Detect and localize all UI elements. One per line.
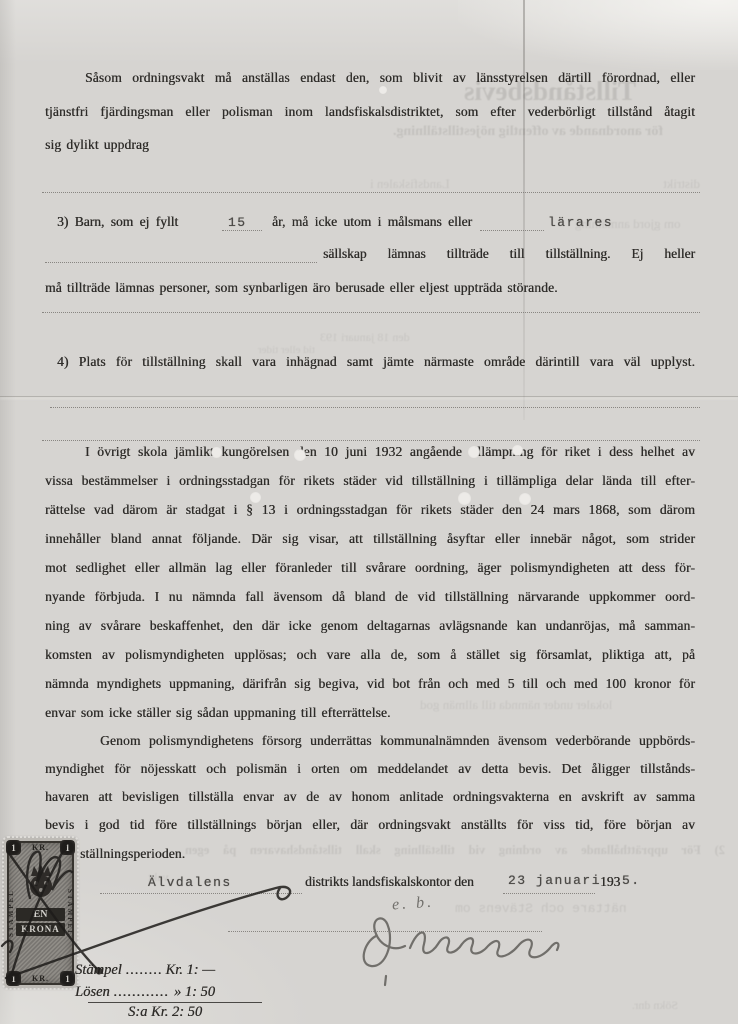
age-fill: 15 xyxy=(228,215,247,230)
year-printed: 193 xyxy=(600,874,620,890)
clause-3-text: sällskap lämnas tillträde till tillställ… xyxy=(317,246,695,266)
law-paragraph-line: nyande förbjuda. I nu nämnda fall ävenso… xyxy=(45,589,695,609)
intro-paragraph-line: sig dylikt uppdrag xyxy=(45,137,695,157)
clause-3-second-line: sällskap lämnas tillträde till tillställ… xyxy=(45,246,695,266)
notice-paragraph-line: havaren att bevisligen tillställa envar … xyxy=(45,789,695,809)
clause-3-lead: 3) Barn, som ej fyllt xyxy=(57,214,178,230)
year-digit-fill: 5. xyxy=(622,873,641,888)
law-paragraph-line: envar som icke ställer sig sådan uppmani… xyxy=(45,705,695,725)
signature-scribble xyxy=(360,900,590,990)
bleedthrough-line: Sökn dnr. xyxy=(632,998,678,1013)
clause-3-middle: år, må icke utom i målsmans eller xyxy=(272,214,472,230)
fold-crease-horizontal xyxy=(0,396,738,397)
intro-paragraph-line: tjänstfri fjärdingsman eller polisman in… xyxy=(45,104,695,124)
intro-paragraph-line: Såsom ordningsvakt må anställas endast d… xyxy=(45,70,695,90)
law-paragraph-line: vissa bestämmelser i ordningsstadgan för… xyxy=(45,473,695,493)
damage-spot xyxy=(519,493,531,505)
date-fill-rule xyxy=(503,893,595,894)
notice-paragraph-line: Genom polismyndighetens försorg underrät… xyxy=(45,733,695,753)
bleedthrough-form-head-right: distrikt xyxy=(663,176,700,192)
law-paragraph-line: nämnda myndighets uppmaning, därifrån si… xyxy=(45,676,695,696)
damage-spot xyxy=(468,446,480,458)
clause-4: 4) Plats för tillställning skall vara in… xyxy=(45,354,695,374)
cancellation-strokes xyxy=(0,828,330,1024)
fill-in-rule xyxy=(480,230,544,231)
companion-fill: lärares xyxy=(548,215,613,230)
clause-3-third-line: må tillträde lämnas personer, som synbar… xyxy=(45,280,695,300)
scanned-permit-document: Tillståndsbevis för anordnande av offent… xyxy=(0,0,738,1024)
blank-rule-line xyxy=(42,440,700,441)
damage-spot xyxy=(250,492,261,503)
law-paragraph-line: ning av svårare beskaffenhet, den där ic… xyxy=(45,618,695,638)
blank-rule-line xyxy=(50,407,700,408)
law-paragraph-line: innehåller bland annat följande. Där sig… xyxy=(45,531,695,551)
dateline-printed-text: distrikts landsfiskalskontor den xyxy=(305,874,474,890)
fill-in-rule xyxy=(45,246,317,263)
fill-in-rule xyxy=(222,230,262,231)
law-paragraph-line: I övrigt skola jämlikt kungörelsen den 1… xyxy=(45,444,695,464)
blank-rule-line xyxy=(42,192,700,193)
law-paragraph-line: rättelse vad därom är stadgat i § 13 i o… xyxy=(45,502,695,522)
damage-spot xyxy=(379,86,387,94)
damage-spot xyxy=(294,449,306,461)
bleedthrough-form-head-left: Landsfiskalen i xyxy=(370,176,450,192)
law-paragraph-line: mot sedlighet eller allmän lag eller för… xyxy=(45,560,695,580)
notice-paragraph-line: myndighet för nöjesskatt och polismän i … xyxy=(45,761,695,781)
paper-shading-top xyxy=(0,0,738,64)
damage-spot xyxy=(211,447,222,458)
damage-spot xyxy=(512,445,523,456)
damage-spot xyxy=(458,492,471,505)
bleedthrough-form-head: distrikt Landsfiskalen i xyxy=(370,176,700,192)
bleedthrough-line: den 18 januari 193 xyxy=(320,330,410,345)
paper-highlight-top-right xyxy=(458,0,738,70)
law-paragraph-line: komsten av polismyndigheten upplösas; oc… xyxy=(45,647,695,667)
blank-rule-line xyxy=(42,312,700,313)
date-fill: 23 januari xyxy=(508,873,601,888)
